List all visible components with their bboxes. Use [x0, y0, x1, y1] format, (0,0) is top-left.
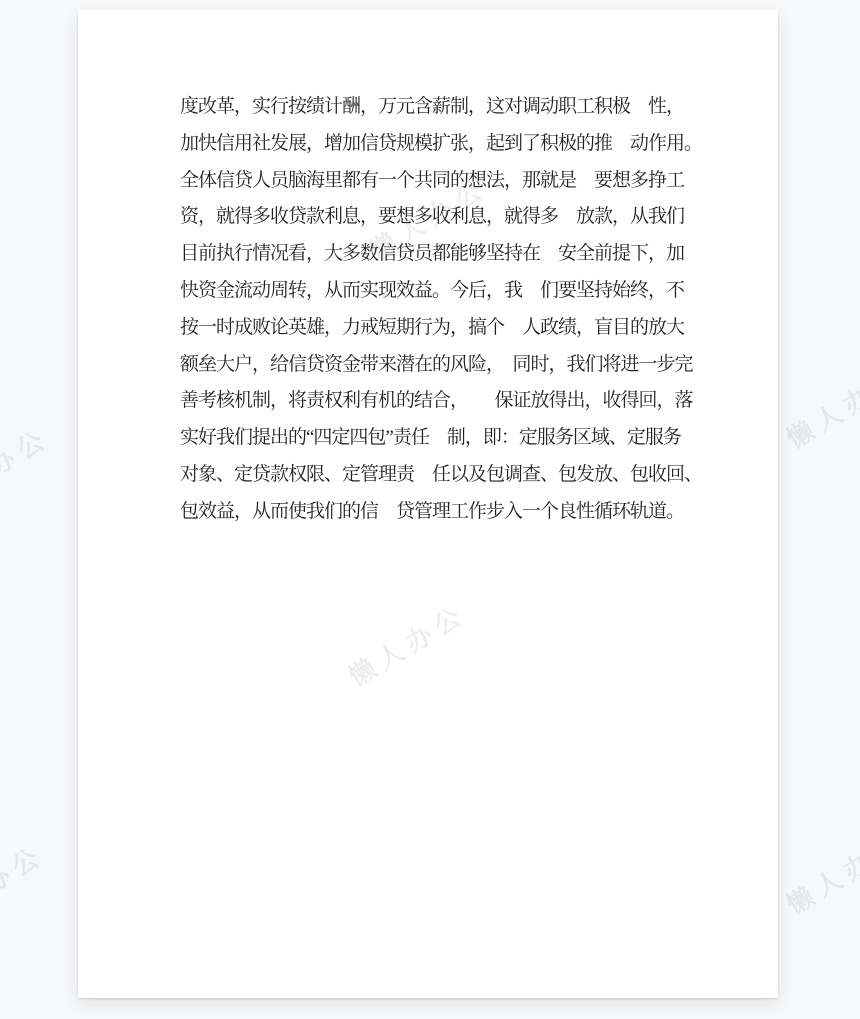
- document-line: 快资金流动周转，从而实现效益。今后，我 们要坚持始终，不: [180, 273, 702, 310]
- watermark-text: 懒人办公: [0, 835, 51, 935]
- document-line: 加快信用社发展，增加信贷规模扩张，起到了积极的推 动作用。: [180, 126, 702, 163]
- document-body-text: 度改革，实行按绩计酬，万元含薪制，这对调动职工积极 性， 加快信用社发展，增加信…: [180, 89, 702, 531]
- document-viewer-background: 懒人办公 懒人办公 懒人办公 懒人办公 懒人办公 懒人办公 度改革，实行按绩计酬…: [0, 0, 860, 1019]
- document-line: 度改革，实行按绩计酬，万元含薪制，这对调动职工积极 性，: [180, 89, 702, 126]
- watermark-text: 懒人办公: [779, 822, 860, 922]
- watermark-text: 懒人办公: [0, 418, 56, 518]
- document-line: 全体信贷人员脑海里都有一个共同的想法，那就是 要想多挣工: [180, 163, 702, 200]
- document-line: 善考核机制，将责权利有机的结合， 保证放得出，收得回，落: [180, 383, 702, 420]
- watermark-text: 懒人办公: [779, 356, 860, 456]
- document-line: 额垒大户，给信贷资金带来潜在的风险， 同时，我们将进一步完: [180, 347, 702, 384]
- document-line: 实好我们提出的“四定四包”责任 制，即：定服务区域、定服务: [180, 420, 702, 457]
- document-line: 资，就得多收贷款利息，要想多收利息，就得多 放款，从我们: [180, 199, 702, 236]
- document-line: 目前执行情况看，大多数信贷员都能够坚持在 安全前提下，加: [180, 236, 702, 273]
- document-line: 包效益，从而使我们的信 贷管理工作步入一个良性循环轨道。: [180, 494, 702, 531]
- document-line: 对象、定贷款权限、定管理责 任以及包调查、包发放、包收回、: [180, 457, 702, 494]
- document-line: 按一时成败论英雄，力戒短期行为，搞个 人政绩，盲目的放大: [180, 310, 702, 347]
